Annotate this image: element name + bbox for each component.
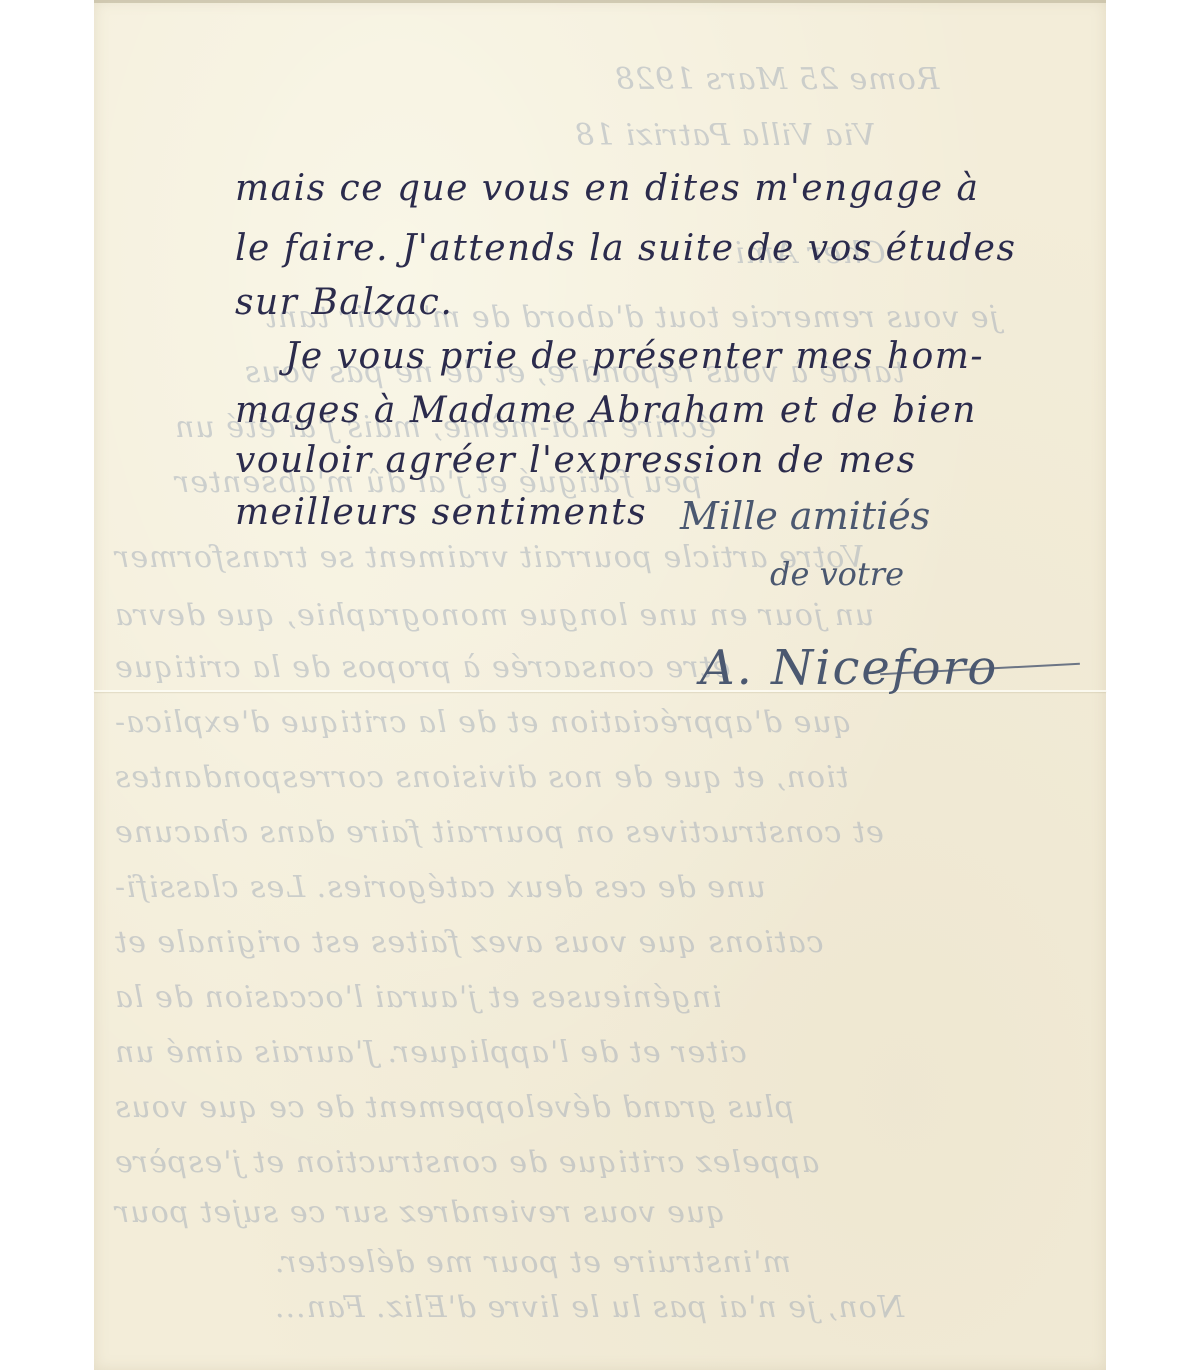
bleed-through-line: Votre article pourrait vraiment se trans… [114,540,864,575]
bleed-through-line: m'instruire et pour me délecter. [274,1245,791,1280]
letter-line: vouloir agréer l'expression de mes [235,440,917,481]
bleed-through-address: Via Villa Patrizi 18 [574,118,875,153]
bleed-through-line: que vous reviendrez sur ce sujet pour [114,1195,725,1230]
bleed-through-line: et constructives on pourrait faire dans … [114,815,884,850]
letter-line: meilleurs sentiments [235,492,647,533]
bleed-through-line: Non, je n'ai pas lu le livre d'Eliz. Fan… [274,1290,904,1325]
bleed-through-line: appelez critique de construction et j'es… [114,1145,819,1180]
letter-line: Je vous prie de présenter mes hom- [285,336,984,377]
closing-line: Mille amitiés [680,494,930,538]
bleed-through-line: un jour en une longue monographie, que d… [114,598,874,633]
bleed-through-line: citer et de l'appliquer. J'aurais aimé u… [114,1035,747,1070]
letter-line: le faire. J'attends la suite de vos étud… [235,228,1016,269]
letter-line: mages à Madame Abraham et de bien [235,390,977,431]
letter-line: mais ce que vous en dites m'engage à [235,168,980,209]
page-top-edge [94,0,1106,3]
bleed-through-line: une de ces deux catégories. Les classifi… [114,870,766,905]
bleed-through-line: tion, et que de nos divisions correspond… [114,760,849,795]
bleed-through-line: que d'appréciation et de la critique d'e… [114,705,852,740]
bleed-through-line: plus grand développement de ce que vous [114,1090,794,1125]
bleed-through-line: cations que vous avez faites est origina… [114,925,823,960]
letter-line: sur Balzac. [235,282,453,323]
signature: A. Niceforo [700,640,998,696]
closing-line: de votre [770,555,904,593]
bleed-through-line: être consacrée à propos de la critique [114,650,731,685]
bleed-through-date: Rome 25 Mars 1928 [614,62,939,97]
bleed-through-line: ingénieuses et j'aurai l'occasion de la [114,980,722,1015]
